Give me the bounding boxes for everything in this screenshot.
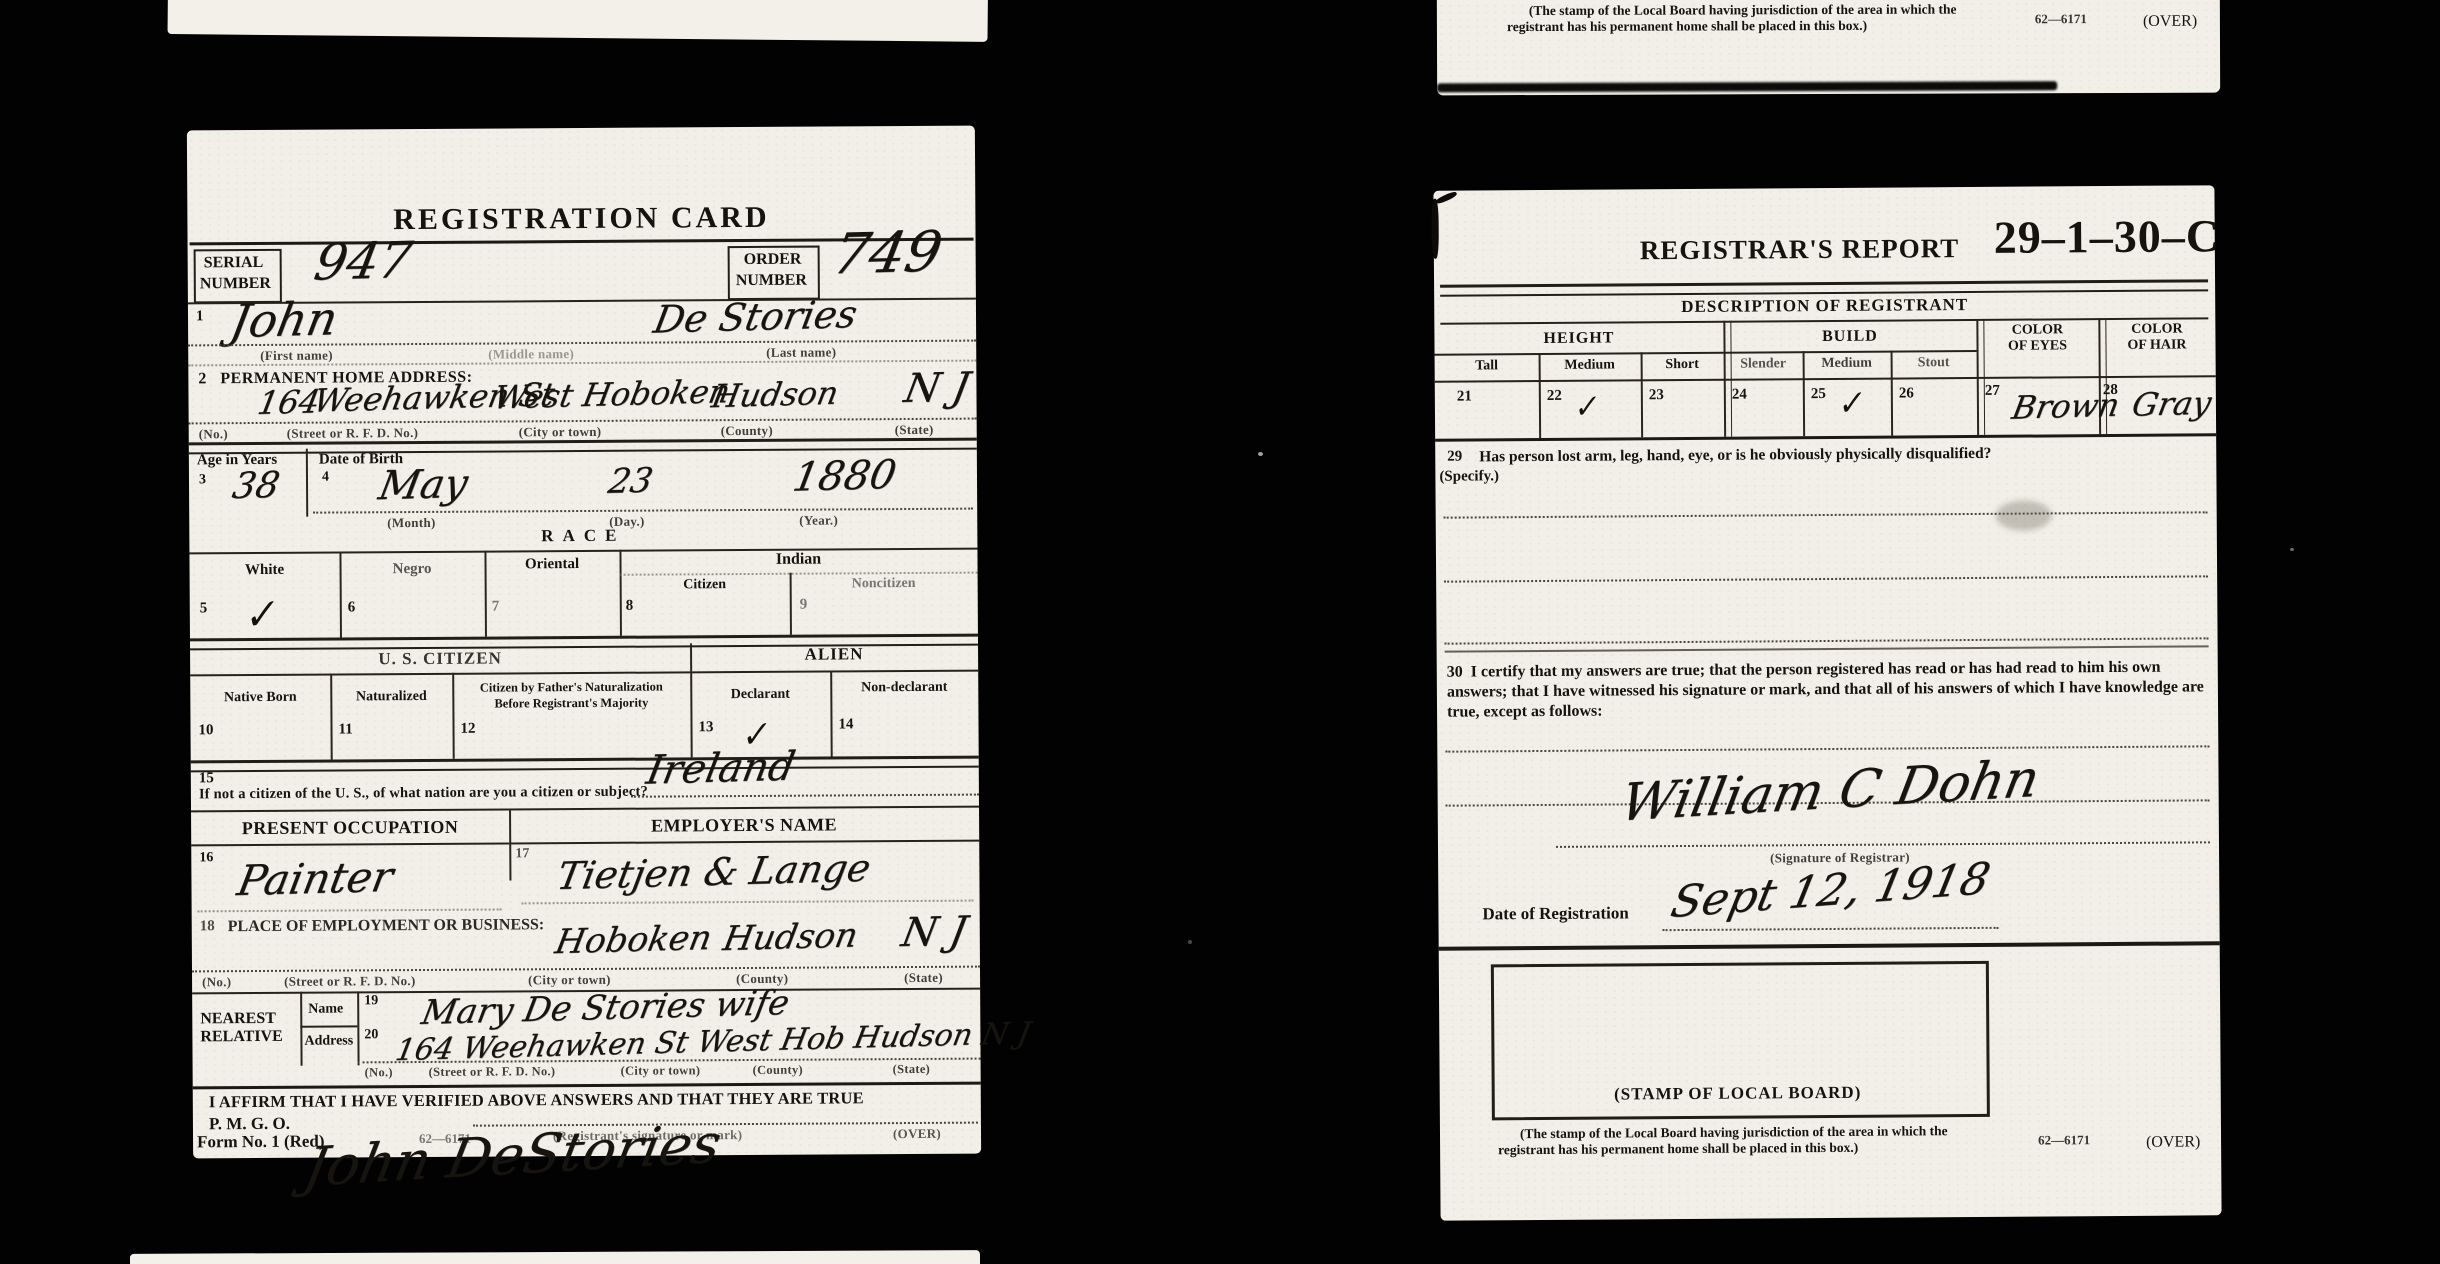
rule: [1445, 637, 2209, 644]
ink-mark: [1435, 190, 1458, 205]
build-header: BUILD: [1723, 327, 1976, 347]
field-15-number: 15: [199, 770, 214, 787]
race-indian-header: Indian: [619, 550, 977, 570]
field-16-number: 16: [199, 850, 213, 866]
citizen-cell-14: 14: [838, 716, 853, 733]
citizen-cell-12: 12: [460, 721, 475, 738]
employment-place-label: PLACE OF EMPLOYMENT OR BUSINESS:: [228, 916, 545, 936]
q29-specify-label: (Specify.): [1439, 468, 1499, 485]
dob-year-value: 1880: [789, 452, 900, 501]
citizen-cell-13: 13: [698, 719, 713, 736]
occupation-value: Painter: [234, 852, 397, 905]
height-cell-21: 21: [1457, 388, 1472, 405]
naturalized-header: Naturalized: [330, 689, 452, 706]
divider: [357, 991, 359, 1065]
first-name-value: John: [226, 291, 342, 348]
height-cell-23: 23: [1649, 387, 1664, 404]
microfilm-scan-viewport: REGISTRATION CARD SERIAL NUMBER 947 ORDE…: [0, 0, 2440, 1264]
serial-number-value: 947: [310, 231, 417, 292]
ink-mark: [1431, 199, 1438, 259]
stamp-note: (The stamp of the Local Board having jur…: [1498, 1123, 1990, 1158]
registration-date-label: Date of Registration: [1482, 903, 1628, 924]
address-state-label: (State): [895, 422, 934, 438]
field-2-number: 2: [198, 370, 206, 388]
field-20-number: 20: [364, 1027, 378, 1043]
top-form-code: 62—6171: [2035, 11, 2087, 27]
top-over-label: (OVER): [2143, 13, 2197, 31]
relative-name-label: Name: [308, 1001, 343, 1017]
film-speck: [1258, 452, 1263, 456]
relative-address-label: Address: [304, 1033, 353, 1049]
citizen-cell-11: 11: [338, 721, 352, 738]
field-4-number: 4: [322, 470, 329, 486]
build-medium-header: Medium: [1803, 356, 1891, 373]
rule: [191, 756, 979, 773]
employer-header: EMPLOYER'S NAME: [509, 814, 979, 838]
field-29-number: 29: [1447, 449, 1462, 466]
rule: [1439, 941, 2220, 950]
middle-name-label: (Middle name): [488, 346, 574, 363]
q30-block: 30 I certify that my answers are true; t…: [1447, 657, 2209, 722]
race-negro-header: Negro: [340, 561, 485, 579]
height-cell-22: 22: [1547, 388, 1562, 405]
race-white-checkmark: ✓: [244, 589, 282, 641]
divider: [306, 449, 308, 517]
order-number-box: ORDER NUMBER: [728, 246, 820, 301]
hair-header: COLOR: [2098, 321, 2215, 338]
field-1-number: 1: [196, 308, 204, 325]
serial-label: SERIAL: [204, 254, 264, 272]
employment-county-value: Hudson: [720, 916, 861, 960]
father-naturalization-header2: Before Registrant's Majority: [452, 695, 690, 711]
partial-card-top-left: [168, 0, 988, 42]
hair-cell-28: 28: [2103, 382, 2118, 399]
employer-value: Tietjen & Lange: [554, 846, 875, 898]
field-30-number: 30: [1447, 664, 1463, 681]
nondeclarant-header: Non-declarant: [830, 680, 978, 697]
alien-header: ALIEN: [690, 644, 978, 666]
height-medium-checkmark: ✓: [1573, 387, 1601, 427]
nearest-relative-label2: RELATIVE: [200, 1028, 282, 1047]
first-name-label: (First name): [260, 348, 333, 364]
address-no-label: (No.): [199, 426, 228, 442]
dob-month-value: May: [375, 461, 471, 509]
film-speck: [2290, 548, 2294, 551]
race-oriental-header: Oriental: [484, 556, 619, 574]
father-naturalization-header: Citizen by Father's Naturalization: [452, 679, 690, 695]
report-form-code: 62—6171: [2038, 1132, 2090, 1148]
race-cell-6: 6: [348, 599, 356, 616]
report-title: REGISTRAR'S REPORT: [1640, 233, 1960, 266]
partial-card-bottom-left: [130, 1250, 980, 1264]
address-county-label: (County): [721, 423, 773, 439]
build-medium-checkmark: ✓: [1837, 381, 1867, 424]
employment-state-value: N J: [898, 908, 971, 956]
registrant-signature: John DeStories: [299, 1112, 726, 1199]
address-city-label: (City or town): [519, 424, 602, 441]
address-city-value: West Hoboken: [491, 372, 734, 416]
age-value: 38: [229, 465, 283, 507]
native-born-header: Native Born: [190, 690, 330, 707]
emp-state-label: (State): [904, 970, 943, 986]
citizen-cell-10: 10: [198, 722, 213, 739]
report-over-label: (OVER): [2146, 1133, 2200, 1151]
build-stout-header: Stout: [1891, 355, 1977, 372]
divider: [300, 992, 302, 1066]
race-cell-9: 9: [800, 597, 808, 614]
citizenship-question: If not a citizen of the U. S., of what n…: [199, 784, 648, 804]
registrar-signature: William C Dohn: [1616, 749, 2044, 833]
height-header: HEIGHT: [1434, 329, 1723, 349]
top-stamp-note: (The stamp of the Local Board having jur…: [1507, 1, 1987, 35]
over-label: (OVER): [893, 1126, 941, 1142]
height-medium-header: Medium: [1539, 357, 1641, 374]
build-cell-24: 24: [1732, 387, 1747, 404]
card-edge-shadow: [1437, 81, 2057, 92]
last-name-value: De Stories: [650, 292, 861, 341]
order-number-value: 749: [828, 220, 947, 288]
pen-smudge: [1996, 500, 2052, 530]
order-label: ORDER: [744, 251, 802, 269]
citizenship-answer: Ireland: [643, 744, 799, 794]
rule: [190, 670, 978, 677]
height-short-header: Short: [1641, 357, 1724, 374]
field-19-number: 19: [364, 993, 378, 1009]
rule: [1445, 645, 2209, 652]
registration-card-page: REGISTRATION CARD SERIAL NUMBER 947 ORDE…: [187, 126, 981, 1159]
q30-text: I certify that my answers are true; that…: [1447, 659, 2204, 721]
employment-city-value: Hoboken: [552, 918, 715, 962]
divider: [300, 1025, 357, 1027]
rel-state-label: (State): [893, 1062, 931, 1077]
serial-label2: NUMBER: [200, 275, 271, 293]
description-header: DESCRIPTION OF REGISTRANT: [1434, 293, 2215, 318]
divider: [330, 674, 333, 760]
rule: [191, 842, 509, 846]
q29-text: Has person lost arm, leg, hand, eye, or …: [1479, 443, 2209, 466]
rel-county-label: (County): [753, 1063, 803, 1078]
dob-day-value: 23: [605, 461, 656, 502]
race-cell-5: 5: [200, 600, 208, 617]
rule: [1556, 841, 2210, 848]
emp-street-label: (Street or R. F. D. No.): [284, 973, 416, 990]
us-citizen-header: U. S. CITIZEN: [190, 647, 690, 670]
race-white-header: White: [190, 561, 340, 579]
field-3-number: 3: [199, 472, 206, 488]
report-stamp-code: 29–1–30–C: [1994, 209, 2221, 264]
rel-city-label: (City or town): [621, 1063, 701, 1078]
address-county-value: Hudson: [709, 374, 842, 415]
race-citizen-header: Citizen: [620, 577, 790, 594]
rule: [1444, 575, 2208, 582]
race-noncitizen-header: Noncitizen: [790, 576, 978, 593]
declarant-header: Declarant: [690, 686, 830, 703]
rule: [1663, 927, 1999, 931]
stamp-box-label: (STAMP OF LOCAL BOARD): [1495, 1082, 1981, 1105]
build-cell-25: 25: [1811, 386, 1826, 403]
field-17-number: 17: [515, 846, 529, 862]
rule: [1445, 745, 2209, 752]
form-number-label: Form No. 1 (Red): [197, 1132, 325, 1153]
occupation-header: PRESENT OCCUPATION: [191, 816, 509, 839]
rule: [1435, 433, 2216, 441]
nearest-relative-label: NEAREST: [200, 1010, 276, 1028]
rule: [509, 840, 979, 845]
film-speck: [1188, 940, 1192, 944]
height-tall-header: Tall: [1435, 358, 1539, 375]
build-cell-26: 26: [1899, 385, 1914, 402]
rule: [198, 909, 502, 913]
last-name-label: (Last name): [766, 344, 836, 360]
rule: [1444, 511, 2208, 518]
rule: [191, 806, 979, 813]
hair-header2: OF HAIR: [2098, 337, 2215, 354]
race-cell-7: 7: [492, 599, 500, 616]
rel-no-label: (No.): [365, 1065, 393, 1080]
eyes-header: COLOR: [1976, 322, 2098, 339]
race-section-title: RACE: [189, 524, 977, 549]
emp-no-label: (No.): [202, 974, 231, 990]
eyes-header2: OF EYES: [1976, 338, 2098, 355]
registrars-report-page: REGISTRAR'S REPORT 29–1–30–C DESCRIPTION…: [1433, 185, 2221, 1220]
divider: [790, 573, 792, 635]
race-cell-8: 8: [626, 598, 634, 615]
rule: [631, 794, 979, 798]
address-state-value: N J: [901, 364, 974, 412]
emp-city-label: (City or town): [528, 972, 611, 989]
partial-card-top-right: (The stamp of the Local Board having jur…: [1437, 0, 2220, 95]
stamp-of-local-board-box: (STAMP OF LOCAL BOARD): [1491, 961, 1990, 1120]
build-slender-header: Slender: [1724, 356, 1803, 373]
address-street-label: (Street or R. F. D. No.): [287, 425, 419, 442]
rel-street-label: (Street or R. F. D. No.): [429, 1064, 556, 1080]
affirmation-statement: I AFFIRM THAT I HAVE VERIFIED ABOVE ANSW…: [209, 1088, 864, 1112]
divider: [690, 643, 692, 671]
rule: [522, 900, 974, 905]
eyes-cell-27: 27: [1985, 383, 2000, 400]
hair-value: Gray: [2129, 384, 2214, 424]
divider: [690, 671, 693, 757]
order-label2: NUMBER: [736, 272, 807, 290]
field-18-number: 18: [200, 918, 215, 935]
